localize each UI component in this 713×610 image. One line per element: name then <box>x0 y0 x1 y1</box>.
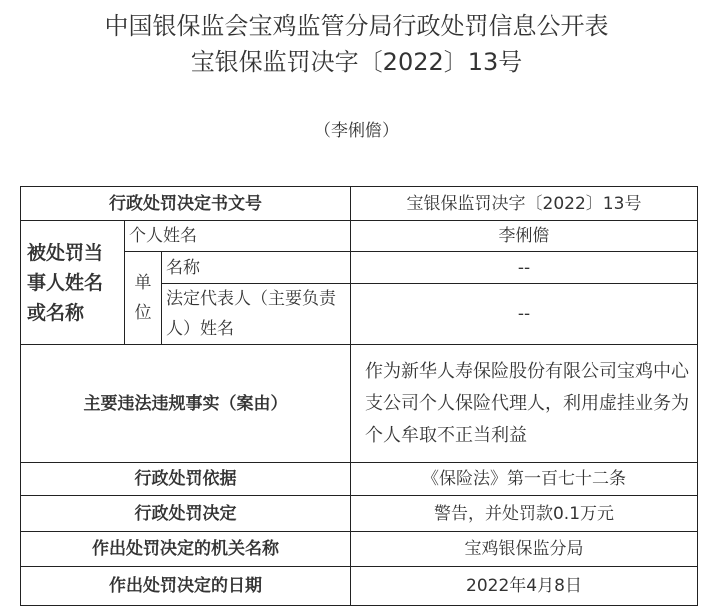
decision-no-label: 行政处罚决定书文号 <box>21 187 351 221</box>
party-label: 被处罚当事人姓名或名称 <box>21 221 125 345</box>
unit-label: 单位 <box>125 252 162 345</box>
table-row: 行政处罚依据 《保险法》第一百七十二条 <box>21 463 698 496</box>
date-value: 2022年4月8日 <box>351 567 698 606</box>
decision-value: 警告，并处罚款0.1万元 <box>351 496 698 532</box>
legal-rep-label: 法定代表人（主要负责人）姓名 <box>162 284 351 345</box>
table-row: 主要违法违规事实（案由） 作为新华人寿保险股份有限公司宝鸡中心支公司个人保险代理… <box>21 345 698 463</box>
page-title: 中国银保监会宝鸡监管分局行政处罚信息公开表 <box>0 6 713 41</box>
table-row: 行政处罚决定书文号 宝银保监罚决字〔2022〕13号 <box>21 187 698 221</box>
table-row: 被处罚当事人姓名或名称 个人姓名 李俐儋 <box>21 221 698 252</box>
unit-name-value: -- <box>351 252 698 284</box>
table-row: 作出处罚决定的机关名称 宝鸡银保监分局 <box>21 532 698 567</box>
basis-value: 《保险法》第一百七十二条 <box>351 463 698 496</box>
document-number-heading: 宝银保监罚决字〔2022〕13号 <box>0 42 713 77</box>
unit-name-label: 名称 <box>162 252 351 284</box>
subject-name: （李俐儋） <box>0 116 713 141</box>
authority-label: 作出处罚决定的机关名称 <box>21 532 351 567</box>
authority-value: 宝鸡银保监分局 <box>351 532 698 567</box>
facts-label: 主要违法违规事实（案由） <box>21 345 351 463</box>
decision-label: 行政处罚决定 <box>21 496 351 532</box>
table-row: 作出处罚决定的日期 2022年4月8日 <box>21 567 698 606</box>
date-label: 作出处罚决定的日期 <box>21 567 351 606</box>
individual-value: 李俐儋 <box>351 221 698 252</box>
facts-value: 作为新华人寿保险股份有限公司宝鸡中心支公司个人保险代理人，利用虚挂业务为个人牟取… <box>351 345 698 463</box>
legal-rep-value: -- <box>351 284 698 345</box>
decision-no-value: 宝银保监罚决字〔2022〕13号 <box>351 187 698 221</box>
individual-label: 个人姓名 <box>125 221 351 252</box>
table-row: 行政处罚决定 警告，并处罚款0.1万元 <box>21 496 698 532</box>
penalty-info-table: 行政处罚决定书文号 宝银保监罚决字〔2022〕13号 被处罚当事人姓名或名称 个… <box>20 186 698 606</box>
basis-label: 行政处罚依据 <box>21 463 351 496</box>
